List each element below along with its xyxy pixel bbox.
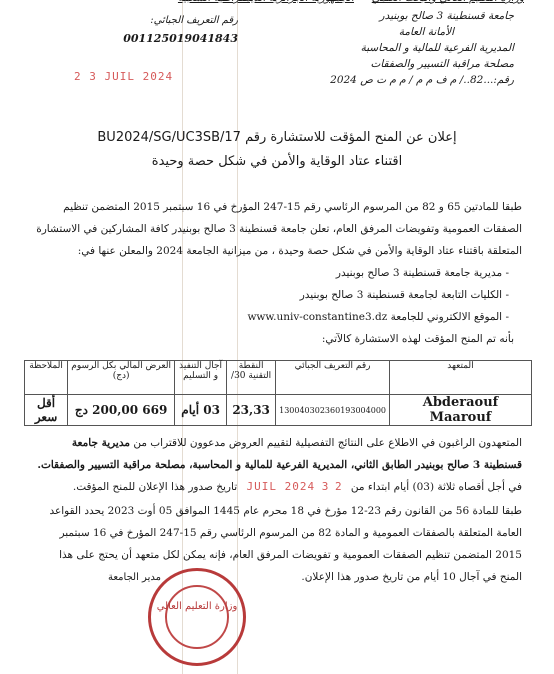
header-remark: الملاحظة xyxy=(25,361,68,395)
official-seal-icon: وزارة التعليم العالي xyxy=(148,568,246,666)
signature-title: مدير الجامعة xyxy=(108,572,161,583)
seal-text: وزارة التعليم العالي xyxy=(151,601,243,612)
intro-paragraph: طبقا للمادتين 65 و 82 من المرسوم الرئاسي… xyxy=(36,196,522,262)
org-university: جامعة قسنطينة 3 صالح بوبنيدر xyxy=(264,8,514,24)
header-tax-id: رقم التعريف الجبائي xyxy=(276,361,390,395)
cell-financial-offer: 669 200,00 دج xyxy=(68,395,175,426)
table-header-row: المتعهد رقم التعريف الجبائي النقطة التقن… xyxy=(25,361,532,395)
cell-delivery-time: 03 أيام xyxy=(175,395,227,426)
cell-tax-id: 130040302360193004000 xyxy=(276,395,390,426)
date-stamp: 2 3 JUIL 2024 xyxy=(74,70,173,83)
date-stamp-2: 2 3 JUIL 2024 xyxy=(246,480,341,493)
publication-item: - الموقع الالكتروني للجامعة www.univ-con… xyxy=(149,306,509,328)
tax-id-label: رقم التعريف الجبائي: xyxy=(150,15,238,26)
publication-item: - الكليات التابعة لجامعة قسنطينة 3 صالح … xyxy=(149,284,509,306)
tax-id-block: رقم التعريف الجبائي: 001125019041843 xyxy=(48,8,238,46)
intro-closing: بأنه تم المنح المؤقت لهذه الاستشارة كالآ… xyxy=(322,328,514,350)
cell-remark: أقل سعر xyxy=(25,395,68,426)
publication-list: - مديرية جامعة قسنطينة 3 صالح بوبنيدر - … xyxy=(149,262,509,328)
table-row: Abderaouf Maarouf 130040302360193004000 … xyxy=(25,395,532,426)
org-subdirectorate: المديرية الفرعية للمالية و المحاسبة xyxy=(264,40,514,56)
header-clipped-text: الجمهورية الجزائرية الديمقراطية الشعبية xyxy=(178,0,354,6)
header-delivery-time: آجال التنفيذ و التسليم xyxy=(175,361,227,395)
consultation-paragraph: المتعهدون الراغبون في الاطلاع على النتائ… xyxy=(36,432,522,498)
header-ministry-clipped: وزارة التعليم العالي والبحث العلمي xyxy=(372,0,524,6)
reference-number: رقم:...82../ م ف م م / م م ت ص 2024 xyxy=(264,72,514,88)
org-secretariat: الأمانة العامة xyxy=(264,24,514,40)
title-line-2: اقتناء عتاد الوقاية والأمن في شكل حصة وح… xyxy=(0,150,554,174)
cell-bidder: Abderaouf Maarouf xyxy=(390,395,532,426)
tax-id-value: 001125019041843 xyxy=(123,32,238,45)
title-line-1: إعلان عن المنح المؤقت للاستشارة رقم BU20… xyxy=(0,126,554,150)
header-technical-score: النقطة التقنية 30/ xyxy=(227,361,276,395)
org-header: جامعة قسنطينة 3 صالح بوبنيدر الأمانة الع… xyxy=(264,8,514,88)
announcement-title: إعلان عن المنح المؤقت للاستشارة رقم BU20… xyxy=(0,126,554,174)
results-table: المتعهد رقم التعريف الجبائي النقطة التقن… xyxy=(24,360,532,426)
seal-inner-ring xyxy=(165,585,229,649)
header-financial-offer: العرض المالي بكل الرسوم (دج) xyxy=(68,361,175,395)
publication-item: - مديرية جامعة قسنطينة 3 صالح بوبنيدر xyxy=(149,262,509,284)
header-bidder: المتعهد xyxy=(390,361,532,395)
cell-technical-score: 23,33 xyxy=(227,395,276,426)
org-service: مصلحة مراقبة التسيير والصفقات xyxy=(264,56,514,72)
